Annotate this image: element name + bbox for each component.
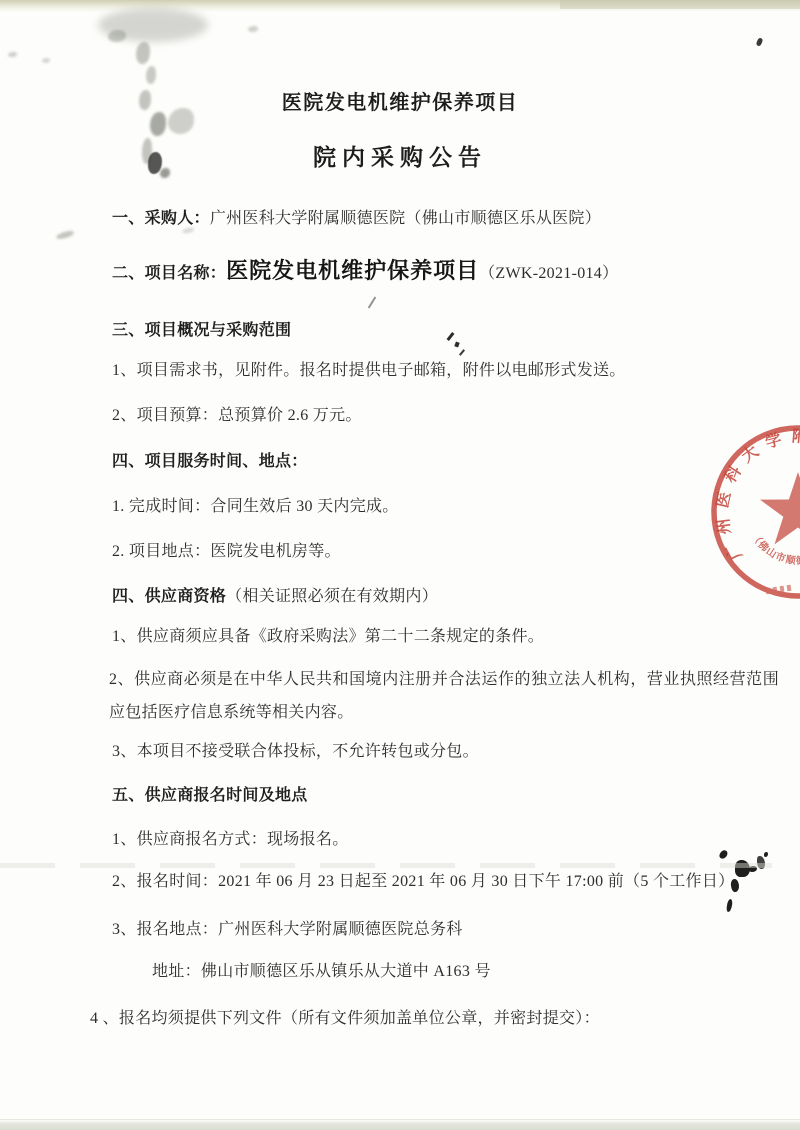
section4b-item-2: 2、供应商必须是在中华人民共和国境内注册并合法运作的独立法人机构，营业执照经营范… xyxy=(109,664,779,729)
section4a-item-2: 2. 项目地点：医院发电机房等。 xyxy=(112,541,341,563)
project-name-label: 二、项目名称： xyxy=(112,265,226,282)
section4b-heading: 四、供应商资格 xyxy=(112,588,226,605)
section4b-item-3: 3、本项目不接受联合体投标，不允许转包或分包。 xyxy=(112,741,479,763)
purchaser-label: 一、采购人： xyxy=(112,210,210,227)
section5-heading: 五、供应商报名时间及地点 xyxy=(112,785,308,807)
section4b-heading-note: （相关证照必须在有效期内） xyxy=(226,588,438,605)
section4b-heading-line: 四、供应商资格（相关证照必须在有效期内） xyxy=(112,586,438,608)
section5-address: 地址：佛山市顺德区乐从镇乐从大道中 A163 号 xyxy=(152,961,491,983)
scan-edge-bottom xyxy=(0,1119,800,1130)
section5-item-4: 4 、报名均须提供下列文件（所有文件须加盖单位公章，并密封提交）： xyxy=(90,1008,600,1030)
seal-star-icon xyxy=(760,472,800,544)
scanned-document-page: 医院发电机维护保养项目 院内采购公告 一、采购人：广州医科大学附属顺德医院（佛山… xyxy=(0,0,800,1130)
section5-item-2: 2、报名时间：2021 年 06 月 23 日起至 2021 年 06 月 30… xyxy=(112,871,734,893)
purchaser-line: 一、采购人：广州医科大学附属顺德医院（佛山市顺德区乐从医院） xyxy=(112,208,601,230)
scan-edge-top-right xyxy=(560,0,800,9)
project-name-value: 医院发电机维护保养项目 xyxy=(226,258,479,283)
official-seal-stamp: 广州医科大学附属顺德医院 （佛山市顺德区乐从医院） xyxy=(650,405,800,635)
project-name-line: 二、项目名称：医院发电机维护保养项目（ZWK-2021-014） xyxy=(112,260,618,285)
section3-heading: 三、项目概况与采购范围 xyxy=(112,320,291,342)
section4a-item-1: 1. 完成时间：合同生效后 30 天内完成。 xyxy=(112,496,399,518)
section3-item-2: 2、项目预算：总预算价 2.6 万元。 xyxy=(112,405,362,427)
section3-item-1: 1、项目需求书，见附件。报名时提供电子邮箱，附件以电邮形式发送。 xyxy=(112,360,626,382)
project-code: （ZWK-2021-014） xyxy=(479,265,618,282)
section5-item-1: 1、供应商报名方式：现场报名。 xyxy=(112,829,349,851)
section4a-heading: 四、项目服务时间、地点： xyxy=(112,451,308,473)
doc-title: 医院发电机维护保养项目 xyxy=(0,92,800,114)
section5-item-3: 3、报名地点：广州医科大学附属顺德医院总务科 xyxy=(112,919,463,941)
purchaser-value: 广州医科大学附属顺德医院（佛山市顺德区乐从医院） xyxy=(210,210,601,227)
section4b-item-1: 1、供应商须应具备《政府采购法》第二十二条规定的条件。 xyxy=(112,626,544,648)
scan-streak xyxy=(0,863,772,868)
doc-subtitle: 院内采购公告 xyxy=(0,147,800,169)
